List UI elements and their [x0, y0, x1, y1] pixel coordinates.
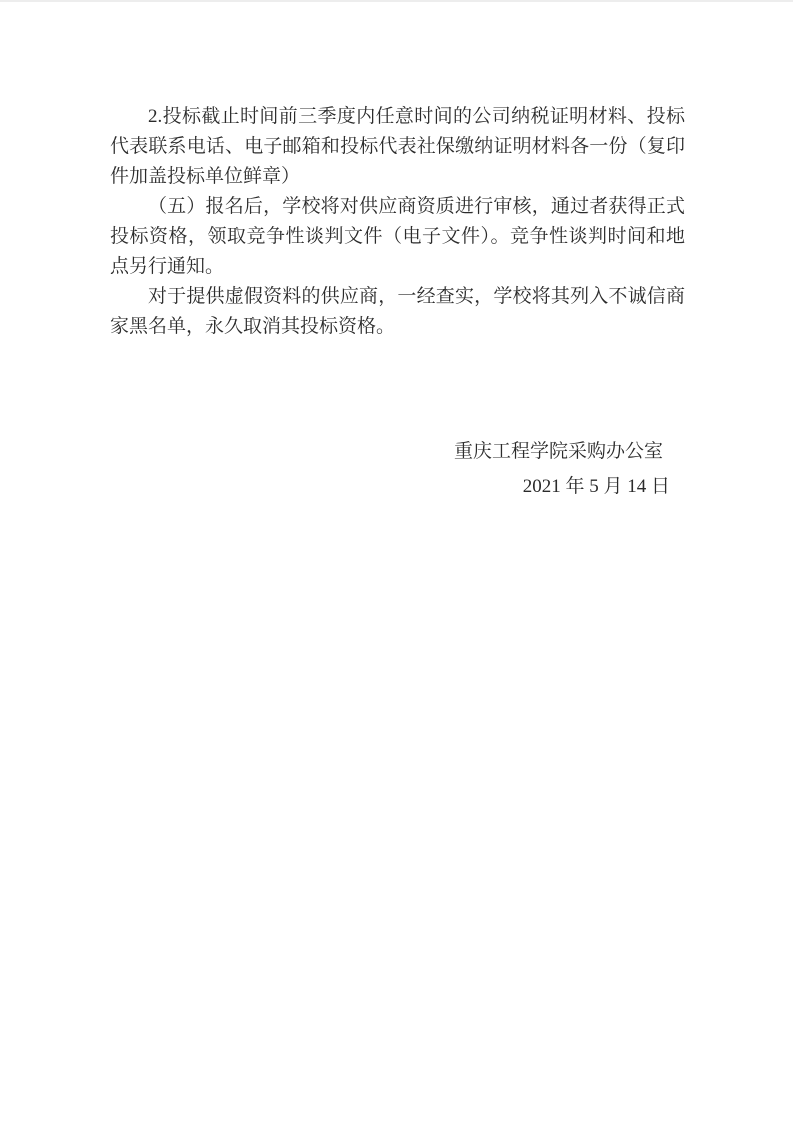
document-page: 2.投标截止时间前三季度内任意时间的公司纳税证明材料、投标代表联系电话、电子邮箱…: [0, 0, 793, 1122]
text-line: 2.投标截止时间前三季度内任意时间的公司纳税证明材料、投标: [110, 102, 685, 132]
text-line: 对于提供虚假资料的供应商，一经查实，学校将其列入不诚信商: [110, 282, 685, 312]
paragraph: 对于提供虚假资料的供应商，一经查实，学校将其列入不诚信商家黑名单，永久取消其投标…: [110, 282, 685, 342]
signature-block: 重庆工程学院采购办公室 2021 年 5 月 14 日: [110, 434, 685, 504]
document-body: 2.投标截止时间前三季度内任意时间的公司纳税证明材料、投标代表联系电话、电子邮箱…: [110, 102, 685, 342]
text-line: （五）报名后，学校将对供应商资质进行审核，通过者获得正式: [110, 192, 685, 222]
signature-organization: 重庆工程学院采购办公室: [110, 434, 685, 469]
text-line: 投标资格，领取竞争性谈判文件（电子文件）。竞争性谈判时间和地: [110, 222, 685, 252]
text-line: 家黑名单，永久取消其投标资格。: [110, 312, 685, 342]
text-line: 代表联系电话、电子邮箱和投标代表社保缴纳证明材料各一份（复印: [110, 132, 685, 162]
paragraph: 2.投标截止时间前三季度内任意时间的公司纳税证明材料、投标代表联系电话、电子邮箱…: [110, 102, 685, 192]
text-line: 点另行通知。: [110, 252, 685, 282]
signature-date: 2021 年 5 月 14 日: [110, 469, 685, 504]
page-top-edge: [0, 0, 793, 2]
text-line: 件加盖投标单位鲜章）: [110, 162, 685, 192]
paragraph: （五）报名后，学校将对供应商资质进行审核，通过者获得正式投标资格，领取竞争性谈判…: [110, 192, 685, 282]
